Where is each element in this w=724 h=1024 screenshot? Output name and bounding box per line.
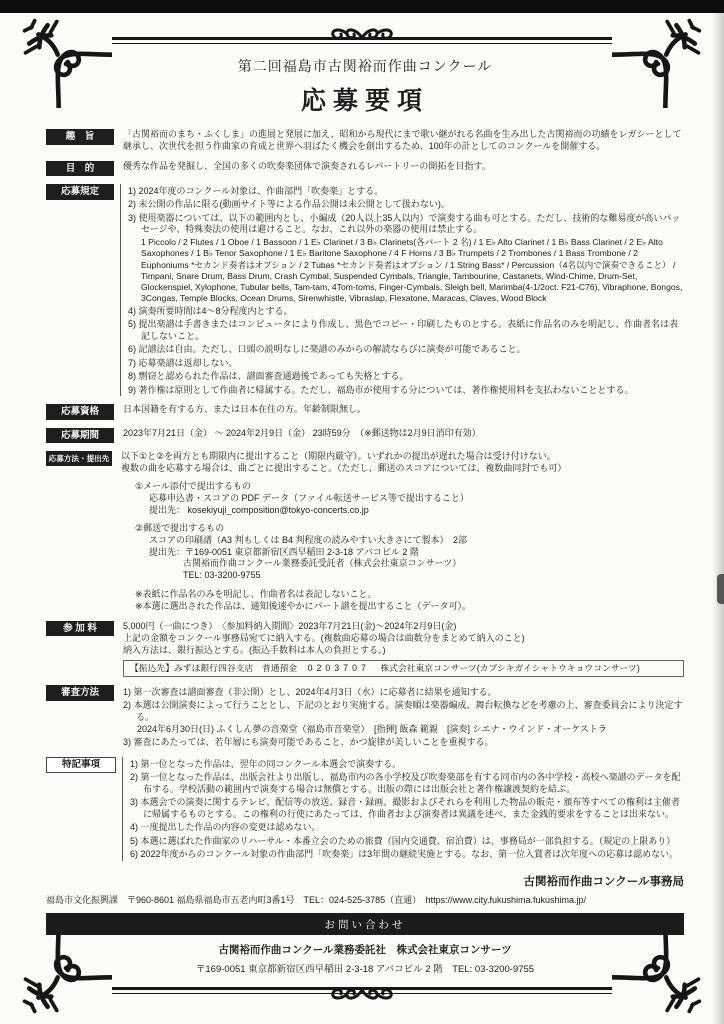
section-label-eligibility: 応募資格 [46, 404, 114, 420]
inquiry-company: 古関裕而作曲コンクール業務委託社 株式会社東京コンサーツ [46, 942, 684, 957]
section-label-period: 応募期間 [46, 428, 114, 444]
method-post-line-3: 古関裕而作曲コンクール業務委託受託者（株式会社東京コンサーツ） [183, 558, 684, 570]
period-text: 2023年7月21日（金） ～ 2024年2月9日（金） 23時59分 （※郵送… [123, 428, 684, 440]
special-item-6: 6) 2022年度からのコンクール対象の作曲部門「吹奏楽」は3年間の継続実施とす… [130, 849, 684, 861]
rules-item-4: 4) 演奏所要時間は4～8分程度内とする。 [128, 306, 684, 318]
section-label-judging: 審査方法 [46, 685, 114, 701]
scan-edge-right [712, 13, 724, 1024]
method-post-line-1: スコアの印刷譜（A3 判もしくは B4 判程度の読みやすい大きさにて製本） 2部 [149, 535, 684, 547]
bank-account-number: 0203707 [308, 663, 370, 673]
rules-item-6: 6) 記譜法は自由。ただし、口頭の説明なしに楽譜のみからの解読ならびに演奏が可能… [128, 344, 684, 356]
fee-body: 5,000円（一曲につき） 〈参加料納入期間〉2023年7月21日(金)～202… [123, 621, 684, 677]
bank-name: 【振込先】みずほ銀行四谷支店 普通預金 [130, 663, 297, 673]
method-intro-1: 以下①と②を両方とも期限内に提出すること（期限内厳守）。いずれかの提出が遅れた場… [121, 451, 684, 463]
judging-final-details: 2024年6月30日(日) ふくしん夢の音楽堂（福島市音楽堂） [指揮] 飯森 … [137, 724, 684, 736]
method-mail-heading: ①メール添付で提出するもの [135, 481, 684, 493]
rules-item-9: 9) 著作権は原則として作曲者に帰属する。ただし、福島市が使用する分については、… [128, 385, 684, 397]
rules-item-3: 3) 使用楽器については、以下の範囲内とし、小編成（20人以上35人以内）で演奏… [128, 213, 684, 237]
border-center-scroll-ornament-bottom [302, 984, 422, 1002]
document-body: 第二回福島市古関裕而作曲コンクール 応募要項 趣 旨 「古関裕而のまち・ふくしま… [46, 56, 684, 975]
bank-transfer-box: 【振込先】みずほ銀行四谷支店 普通預金 0203707 株式会社東京コンサーツ(… [123, 660, 684, 678]
judging-list: 1) 第一次審査は譜面審査（非公開）とし、2024年4月3日（水）に応募者に結果… [123, 685, 684, 749]
method-body: 以下①と②を両方とも期限内に提出すること（期限内厳守）。いずれかの提出が遅れた場… [121, 451, 684, 613]
method-note-2: ※本選に選出された作品は、通知後速やかにパート譜を提出すること（データ可）。 [135, 601, 684, 613]
competition-title: 第二回福島市古関裕而作曲コンクール [46, 56, 684, 76]
rules-list: 1) 2024年度のコンクール対象は、作曲部門「吹奏楽」とする。 2) 未公開の… [120, 184, 684, 396]
fee-line-3: 納入方法は、銀行振込とする。(振込手数料は本人の負担とする。) [123, 645, 684, 657]
section-aim: 目 的 優秀な作品を発掘し、全国の多くの吹奏楽団体で演奏されるレパートリーの開拓… [46, 161, 684, 177]
aim-text: 優秀な作品を発掘し、全国の多くの吹奏楽団体で演奏されるレパートリーの開拓を目指す… [123, 161, 684, 173]
special-item-5: 5) 本選に選ばれた作曲家のリハーサル・本番立会のための旅費（国内交通費、宿泊費… [130, 836, 684, 848]
purpose-text: 「古関裕而のまち・ふくしま」の進展と発展に加え、昭和から現代にまで歌い継がれる名… [123, 129, 684, 153]
office-address: 福島市文化振興課 〒960-8601 福島県福島市五老内町3番1号 TEL：02… [46, 893, 684, 906]
scan-edge-top [0, 0, 724, 13]
judging-item-3: 3) 審査にあたっては、若年層にも演奏可能であること、かつ旋律が美しいことを重視… [123, 737, 684, 749]
rules-item-2: 2) 未公開の作品に限る(動画サイト等による作品公開は未公開として扱わない)。 [128, 199, 684, 211]
method-post-block: ②郵送で提出するもの スコアの印刷譜（A3 判もしくは B4 判程度の読みやすい… [135, 523, 684, 582]
inquiry-header-bar: お問い合わせ [46, 913, 684, 935]
fee-line-2: 上記の金額をコンクール事務局宛てに納入する。(複数曲応募の場合は曲数分をまとめて… [123, 633, 684, 645]
method-post-heading: ②郵送で提出するもの [135, 523, 684, 535]
judging-item-1: 1) 第一次審査は譜面審査（非公開）とし、2024年4月3日（水）に応募者に結果… [123, 687, 684, 699]
special-notes-list: 1) 第一位となった作品は、翌年の同コンクール本選会で演奏する。 2) 第一位と… [122, 757, 684, 861]
section-label-fee: 参 加 料 [46, 621, 114, 637]
eligibility-text: 日本国籍を有する方、または日本在住の方。年齢制限無し。 [123, 404, 684, 416]
method-post-line-2: 提出先：〒169-0051 東京都新宿区西早稲田 2-3-18 アバコビル 2 … [149, 547, 684, 559]
inquiry-address: 〒169-0051 東京都新宿区西早稲田 2-3-18 アバコビル 2 階 TE… [46, 961, 684, 975]
method-mail-line-1: 応募申込書・スコアの PDF データ（ファイル転送サービス等で提出すること） [149, 493, 684, 505]
method-note-1: ※表紙に作品名のみを明記し、作曲者名は表記しないこと。 [135, 589, 684, 601]
section-method: 応募方法・提出先 以下①と②を両方とも期限内に提出すること（期限内厳守）。いずれ… [46, 451, 684, 613]
rules-item-1: 1) 2024年度のコンクール対象は、作曲部門「吹奏楽」とする。 [128, 186, 684, 198]
section-period: 応募期間 2023年7月21日（金） ～ 2024年2月9日（金） 23時59分… [46, 428, 684, 444]
section-label-special-notes: 特記事項 [46, 757, 116, 773]
fee-line-1: 5,000円（一曲につき） 〈参加料納入期間〉2023年7月21日(金)～202… [123, 621, 684, 633]
method-post-tel: TEL: 03-3200-9755 [183, 570, 684, 582]
section-purpose: 趣 旨 「古関裕而のまち・ふくしま」の進展と発展に加え、昭和から現代にまで歌い継… [46, 129, 684, 153]
section-eligibility: 応募資格 日本国籍を有する方、または日本在住の方。年齢制限無し。 [46, 404, 684, 420]
method-notes: ※表紙に作品名のみを明記し、作曲者名は表記しないこと。 ※本選に選出された作品は… [135, 589, 684, 613]
rules-item-7: 7) 応募楽譜は返却しない。 [128, 358, 684, 370]
section-judging: 審査方法 1) 第一次審査は譜面審査（非公開）とし、2024年4月3日（水）に応… [46, 685, 684, 749]
rules-item-8: 8) 剽窃と認められた作品は、譜面審査通過後であっても失格とする。 [128, 371, 684, 383]
method-intro-2: 複数の曲を応募する場合は、曲ごとに提出すること。（ただし、郵送のスコアについては… [121, 463, 684, 475]
section-special-notes: 特記事項 1) 第一位となった作品は、翌年の同コンクール本選会で演奏する。 2)… [46, 757, 684, 861]
special-item-1: 1) 第一位となった作品は、翌年の同コンクール本選会で演奏する。 [130, 759, 684, 771]
bank-account-holder: 株式会社東京コンサーツ(カブシキガイシャトウキョウコンサーツ) [380, 663, 639, 673]
rules-item-5: 5) 提出楽譜は手書きまたはコンピュータにより作成し、黒色でコピー・印刷したもの… [128, 319, 684, 343]
section-label-method: 応募方法・提出先 [46, 451, 112, 466]
section-label-rules: 応募規定 [46, 184, 114, 200]
scan-mark [717, 574, 724, 604]
section-rules: 応募規定 1) 2024年度のコンクール対象は、作曲部門「吹奏楽」とする。 2)… [46, 184, 684, 396]
office-name: 古関裕而作曲コンクール事務局 [46, 873, 684, 889]
special-item-3: 3) 本選会での演奏に関するテレビ、配信等の放送、録音・録画、撮影およびそれらを… [130, 797, 684, 821]
section-label-purpose: 趣 旨 [46, 129, 114, 145]
border-center-scroll-ornament-top [302, 26, 422, 44]
special-item-2: 2) 第一位となった作品は、出版会社より出版し、福島市内の各小学校及び吹奏楽部を… [130, 772, 684, 796]
section-label-aim: 目 的 [46, 161, 114, 177]
judging-item-2: 2) 本選は公開演奏によって行うこととし、下記のとおり実施する。演奏順は楽器編成… [123, 700, 684, 724]
method-mail-address: 提出先： kosekiyuji_composition@tokyo-concer… [149, 505, 684, 517]
rules-instrument-list: 1 Piccolo / 2 Flutes / 1 Oboe / 1 Bassoo… [141, 237, 684, 304]
method-mail-block: ①メール添付で提出するもの 応募申込書・スコアの PDF データ（ファイル転送サ… [135, 481, 684, 517]
special-item-4: 4) 一度提出した作品の内容の変更は認めない。 [130, 822, 684, 834]
page-title: 応募要項 [46, 81, 684, 117]
section-fee: 参 加 料 5,000円（一曲につき） 〈参加料納入期間〉2023年7月21日(… [46, 621, 684, 677]
